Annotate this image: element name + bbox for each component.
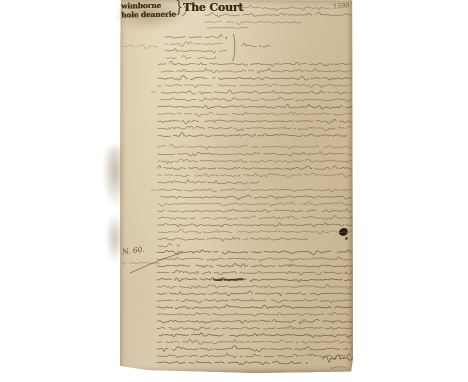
entry-4-court-order-line [157, 250, 352, 255]
entry-4-court-order-line [157, 326, 352, 330]
entry-3-line [158, 223, 352, 227]
margin-heading: wimborne hole deanerie [121, 2, 176, 19]
entry-3-line [161, 195, 353, 199]
entry-1-line [158, 84, 352, 88]
entry-4-court-order-line [157, 305, 352, 308]
name-list-line [165, 42, 222, 47]
entry-1-line [161, 90, 352, 94]
entry-4-court-order-line [157, 278, 352, 282]
entry-2-line [158, 152, 352, 156]
entry-3-line [158, 201, 352, 206]
entry-1-line [158, 133, 346, 137]
entry-4-court-order-line [157, 256, 352, 261]
margin-flourish [130, 253, 183, 274]
entry-2-line [158, 145, 353, 150]
entry-1-line [158, 76, 352, 81]
entry-2-line [158, 173, 352, 178]
entry-4-court-order-line [157, 312, 352, 316]
header-script-line [205, 21, 301, 24]
margin-tick [151, 190, 156, 191]
entry-3-line [158, 243, 179, 246]
entry-4-court-order-line [157, 361, 307, 364]
entry-4-court-order-line [157, 299, 352, 303]
names-bracket [233, 34, 235, 61]
entry-4-court-order-line [157, 346, 352, 352]
scan-canvas: { "document": { "kind": "manuscript-cour… [0, 0, 468, 382]
entry-1-line [158, 112, 352, 116]
entry-4-court-order-line [157, 340, 352, 345]
signature-flourish [330, 367, 346, 369]
name-list-line [165, 35, 227, 39]
entry-3-line [158, 188, 352, 191]
name-list-line [165, 49, 226, 53]
entry-4-court-order-line [157, 319, 352, 324]
entry-1-line [160, 97, 352, 101]
entry-1-line [158, 61, 352, 66]
entry-3-line [158, 237, 307, 241]
entry-2-line [158, 159, 352, 163]
entry-3-line [158, 209, 352, 212]
court-title: The Court [183, 2, 243, 13]
entry-1-line [158, 126, 352, 131]
name-list-line [166, 56, 216, 59]
entry-1-line [161, 68, 352, 73]
margin-heading-line2: hole deanerie [121, 10, 176, 18]
header-script-line [207, 27, 247, 28]
entry-3-line [158, 216, 352, 220]
year-annotation: 1598 [333, 2, 350, 10]
entry-2-line [158, 180, 259, 184]
entry-1-line [158, 104, 352, 109]
margin-tick [151, 92, 156, 93]
entry-1-line [158, 119, 352, 123]
entry-4-court-order-line [157, 270, 352, 275]
entry-4-court-order-line [157, 291, 352, 296]
handwriting-layer [120, 0, 353, 373]
header-script-line [232, 5, 331, 10]
word-after-bracket [242, 44, 270, 48]
brace-mark: } [175, 0, 183, 15]
margin-word [124, 45, 158, 49]
entry-4-court-order-line [157, 264, 352, 268]
entry-4-court-order-line [157, 284, 352, 288]
entry-4-court-order-line [159, 333, 352, 337]
entry-2-line [158, 166, 352, 170]
entry-3-line [158, 229, 352, 233]
